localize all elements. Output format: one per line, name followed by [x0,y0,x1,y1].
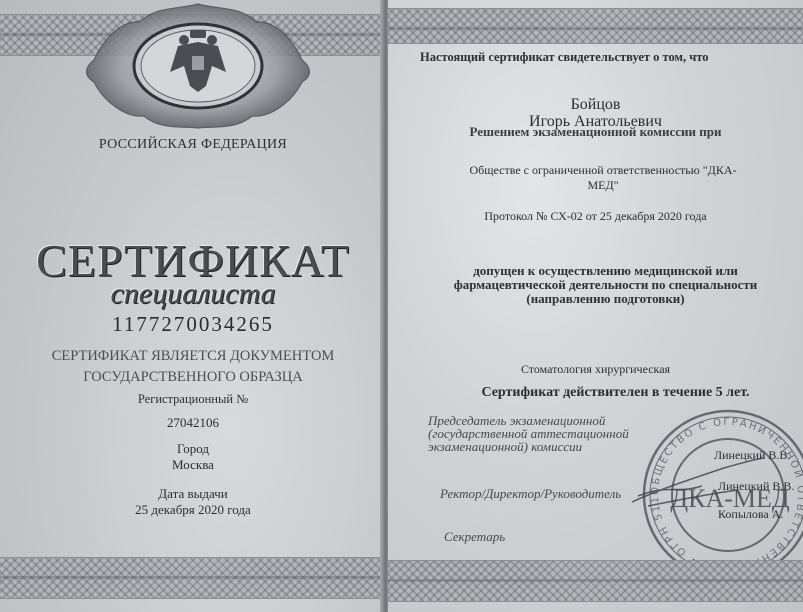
certificate-right-page: Настоящий сертификат свидетельствует о т… [388,0,803,612]
certificate-left-page: РОССИЙСКАЯ ФЕДЕРАЦИЯ СЕРТИФИКАТ специали… [0,0,386,612]
commission-decision: Решением экзаменационной комиссии при [388,124,803,140]
city-label: Город [0,441,386,457]
registration-number: 27042106 [0,415,386,431]
issue-date-value: 25 декабря 2020 года [0,502,386,518]
country-label: РОССИЙСКАЯ ФЕДЕРАЦИЯ [0,137,386,153]
certificate-subtitle: специалиста [0,277,386,311]
guilloche-band-bottom [388,560,803,602]
certificate-number: 1177270034265 [0,312,386,337]
holder-surname: Бойцов [388,96,803,114]
rector-label: Ректор/Директор/Руководитель [440,486,621,502]
validity-statement: Сертификат действителен в течение 5 лет. [388,385,803,401]
intro-statement: Настоящий сертификат свидетельствует о т… [420,50,709,65]
state-document-line-2: ГОСУДАРСТВЕННОГО ОБРАЗЦА [0,367,386,388]
state-document-line-1: СЕРТИФИКАТ ЯВЛЯЕТСЯ ДОКУМЕНТОМ [0,346,386,367]
guilloche-band-bottom [0,557,386,599]
admission-statement: допущен к осуществлению медицинской или … [388,264,803,306]
organization-name: Обществе с ограниченной ответственностью… [388,163,803,193]
specialty-value: Стоматология хирургическая [388,362,803,377]
state-document-notice: СЕРТИФИКАТ ЯВЛЯЕТСЯ ДОКУМЕНТОМ ГОСУДАРСТ… [0,346,386,388]
russian-coat-of-arms-icon [80,2,316,130]
city-value: Москва [0,457,386,473]
registration-label: Регистрационный № [0,392,386,407]
issue-date-label: Дата выдачи [0,486,386,502]
protocol-reference: Протокол № СХ-02 от 25 декабря 2020 года [388,209,803,224]
secretary-label: Секретарь [444,529,505,545]
guilloche-band-top [388,8,803,44]
signature-icon [628,450,768,510]
